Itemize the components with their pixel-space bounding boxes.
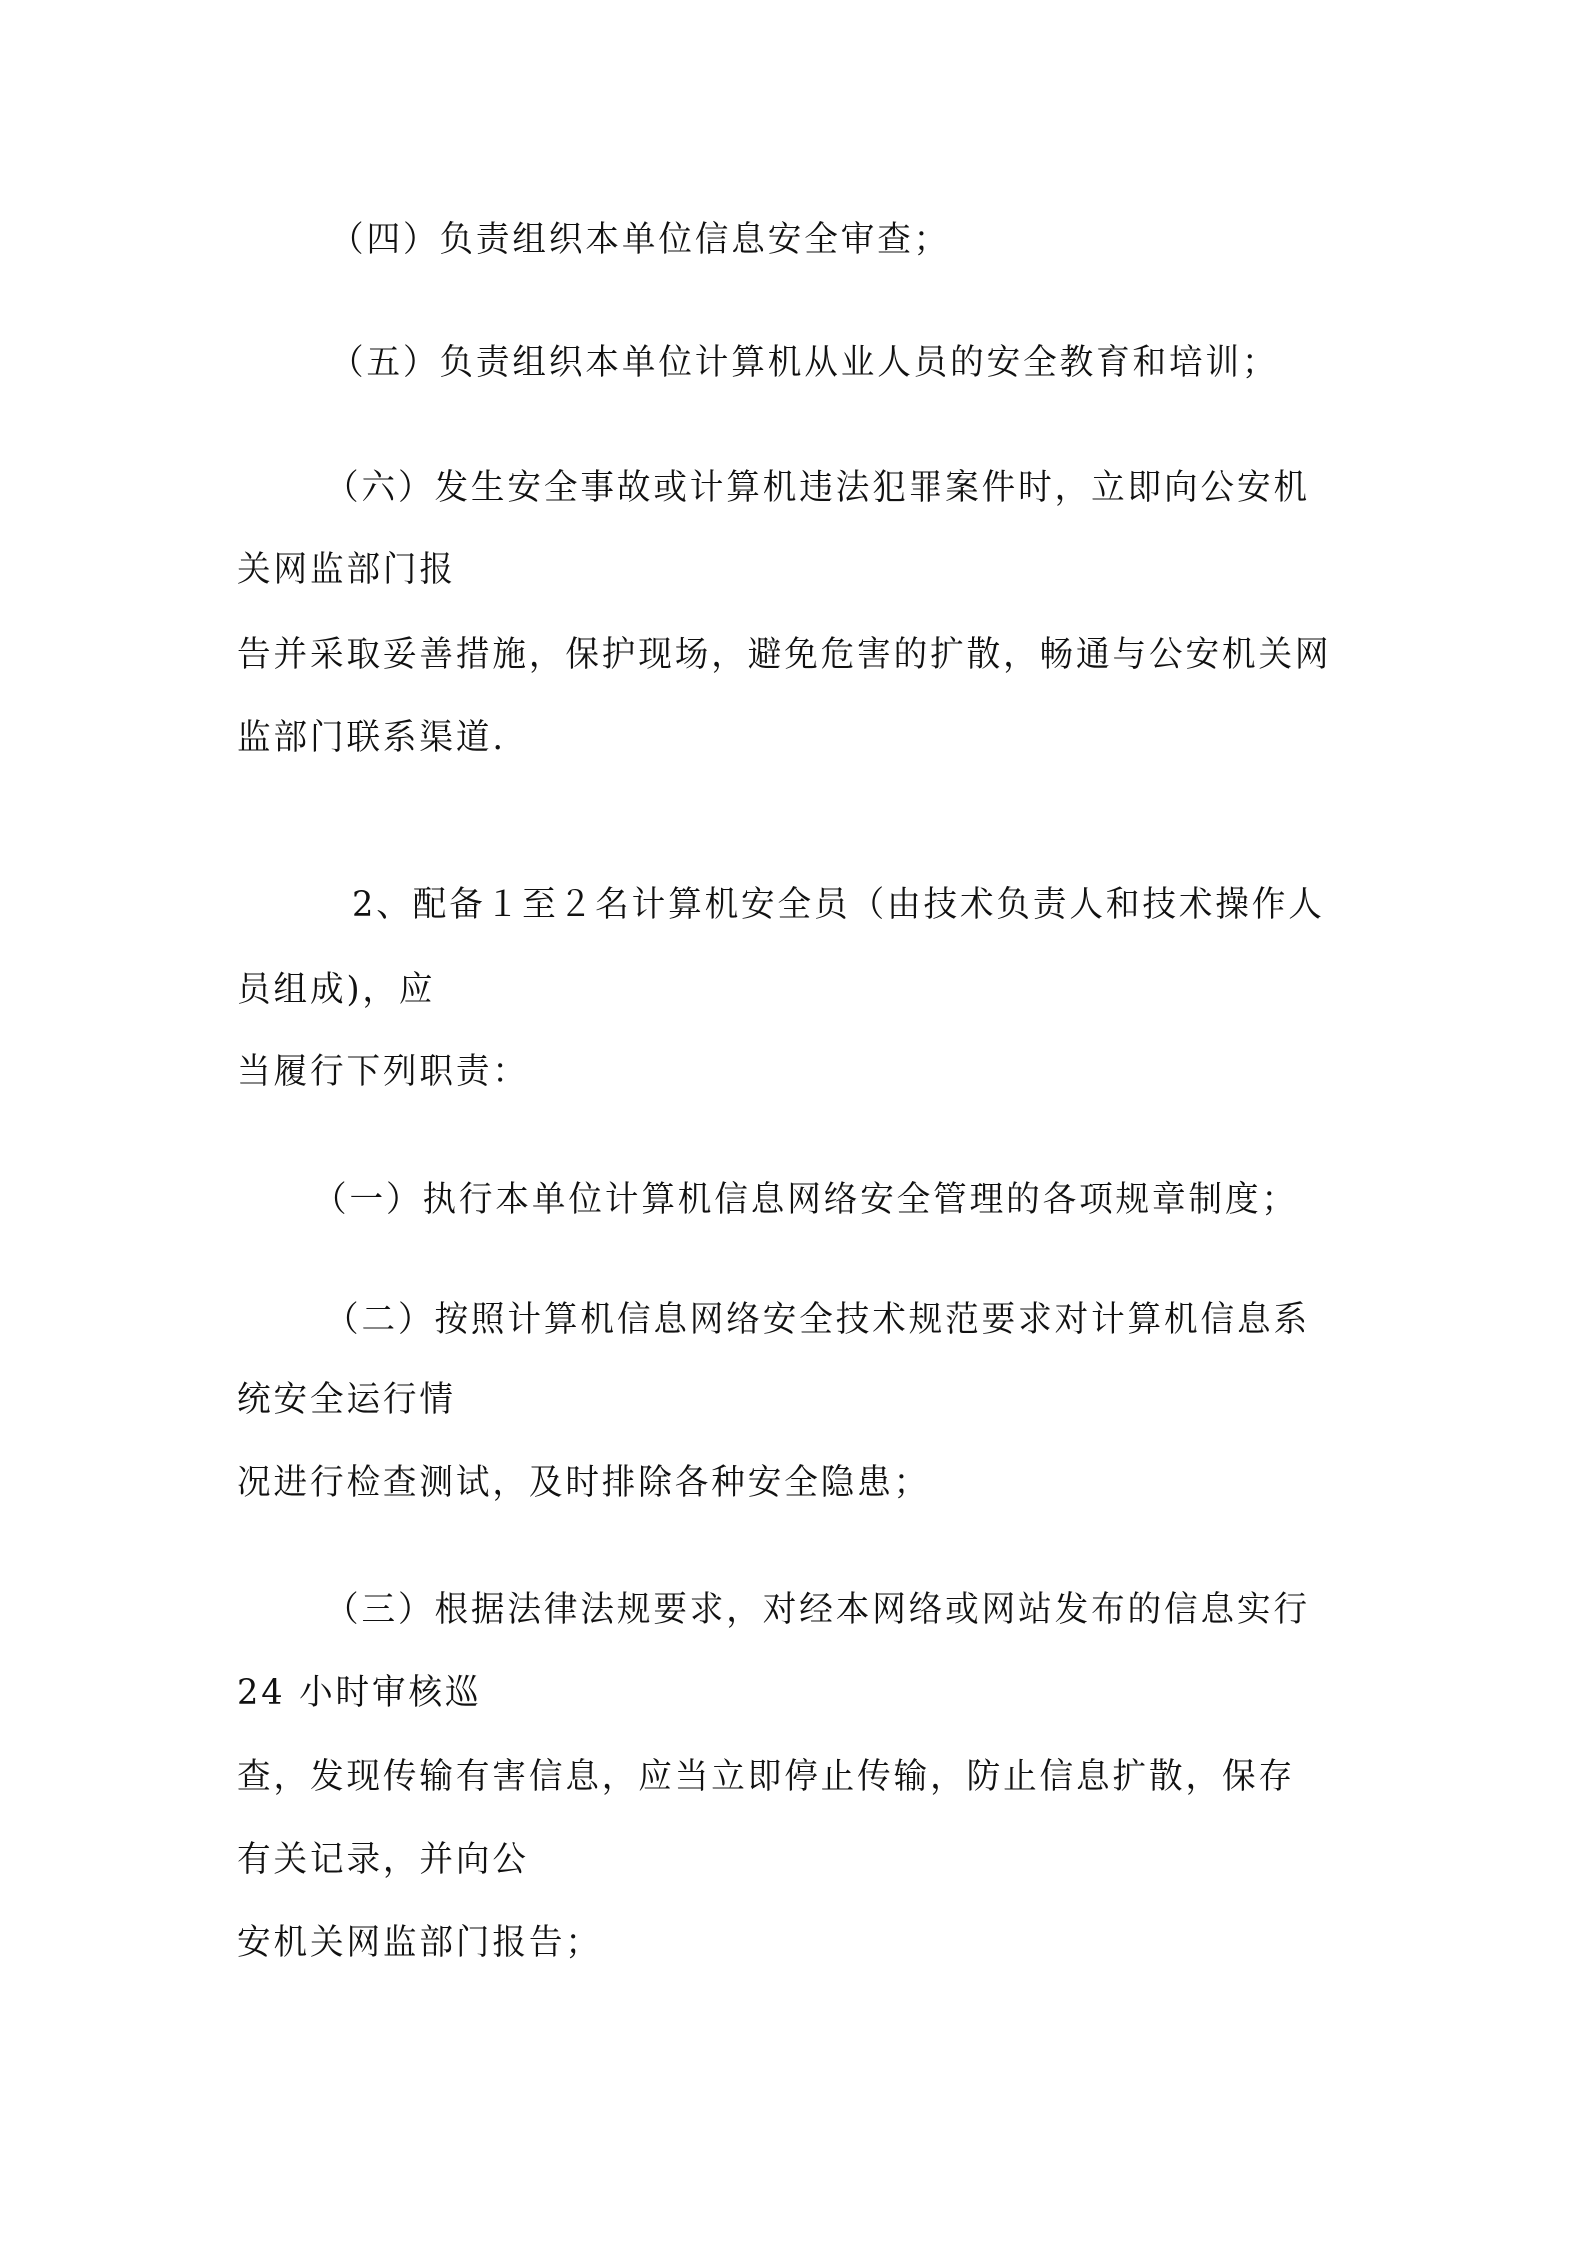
duty-2-inspection-line-1: （二）按照计算机信息网络安全技术规范要求对计算机信息系 <box>325 1298 1310 1342</box>
section-2-security-officers-line-2: 员组成)，应 <box>237 968 435 1012</box>
duty-3-content-review-line-4: 有关记录，并向公 <box>237 1838 529 1882</box>
clause-6-incident-reporting-line-2: 关网监部门报 <box>237 548 456 592</box>
duty-3-content-review-line-5: 安机关网监部门报告； <box>237 1921 602 1965</box>
clause-5-responsibility-training: （五）负责组织本单位计算机从业人员的安全教育和培训； <box>330 341 1278 385</box>
section-2-security-officers-line-1: 2、配备１至２名计算机安全员（由技术负责人和技术操作人 <box>352 883 1325 927</box>
clause-6-incident-reporting-line-3: 告并采取妥善措施，保护现场，避免危害的扩散，畅通与公安机关网 <box>237 633 1331 677</box>
duty-2-inspection-line-2: 统安全运行情 <box>237 1378 456 1422</box>
clause-6-incident-reporting-line-4: 监部门联系渠道. <box>237 716 506 760</box>
duty-3-content-review-line-2: 24 小时审核巡 <box>237 1671 481 1715</box>
duty-1-execute-rules: （一）执行本单位计算机信息网络安全管理的各项规章制度； <box>313 1178 1298 1222</box>
duty-3-content-review-line-1: （三）根据法律法规要求，对经本网络或网站发布的信息实行 <box>325 1588 1310 1632</box>
section-2-security-officers-line-3: 当履行下列职责： <box>237 1050 529 1094</box>
clause-6-incident-reporting-line-1: （六）发生安全事故或计算机违法犯罪案件时，立即向公安机 <box>325 466 1310 510</box>
duty-2-inspection-line-3: 况进行检查测试，及时排除各种安全隐患； <box>237 1461 930 1505</box>
duty-3-content-review-line-3: 查，发现传输有害信息，应当立即停止传输，防止信息扩散，保存 <box>237 1755 1295 1799</box>
clause-4-responsibility-security-review: （四）负责组织本单位信息安全审查； <box>330 218 950 262</box>
